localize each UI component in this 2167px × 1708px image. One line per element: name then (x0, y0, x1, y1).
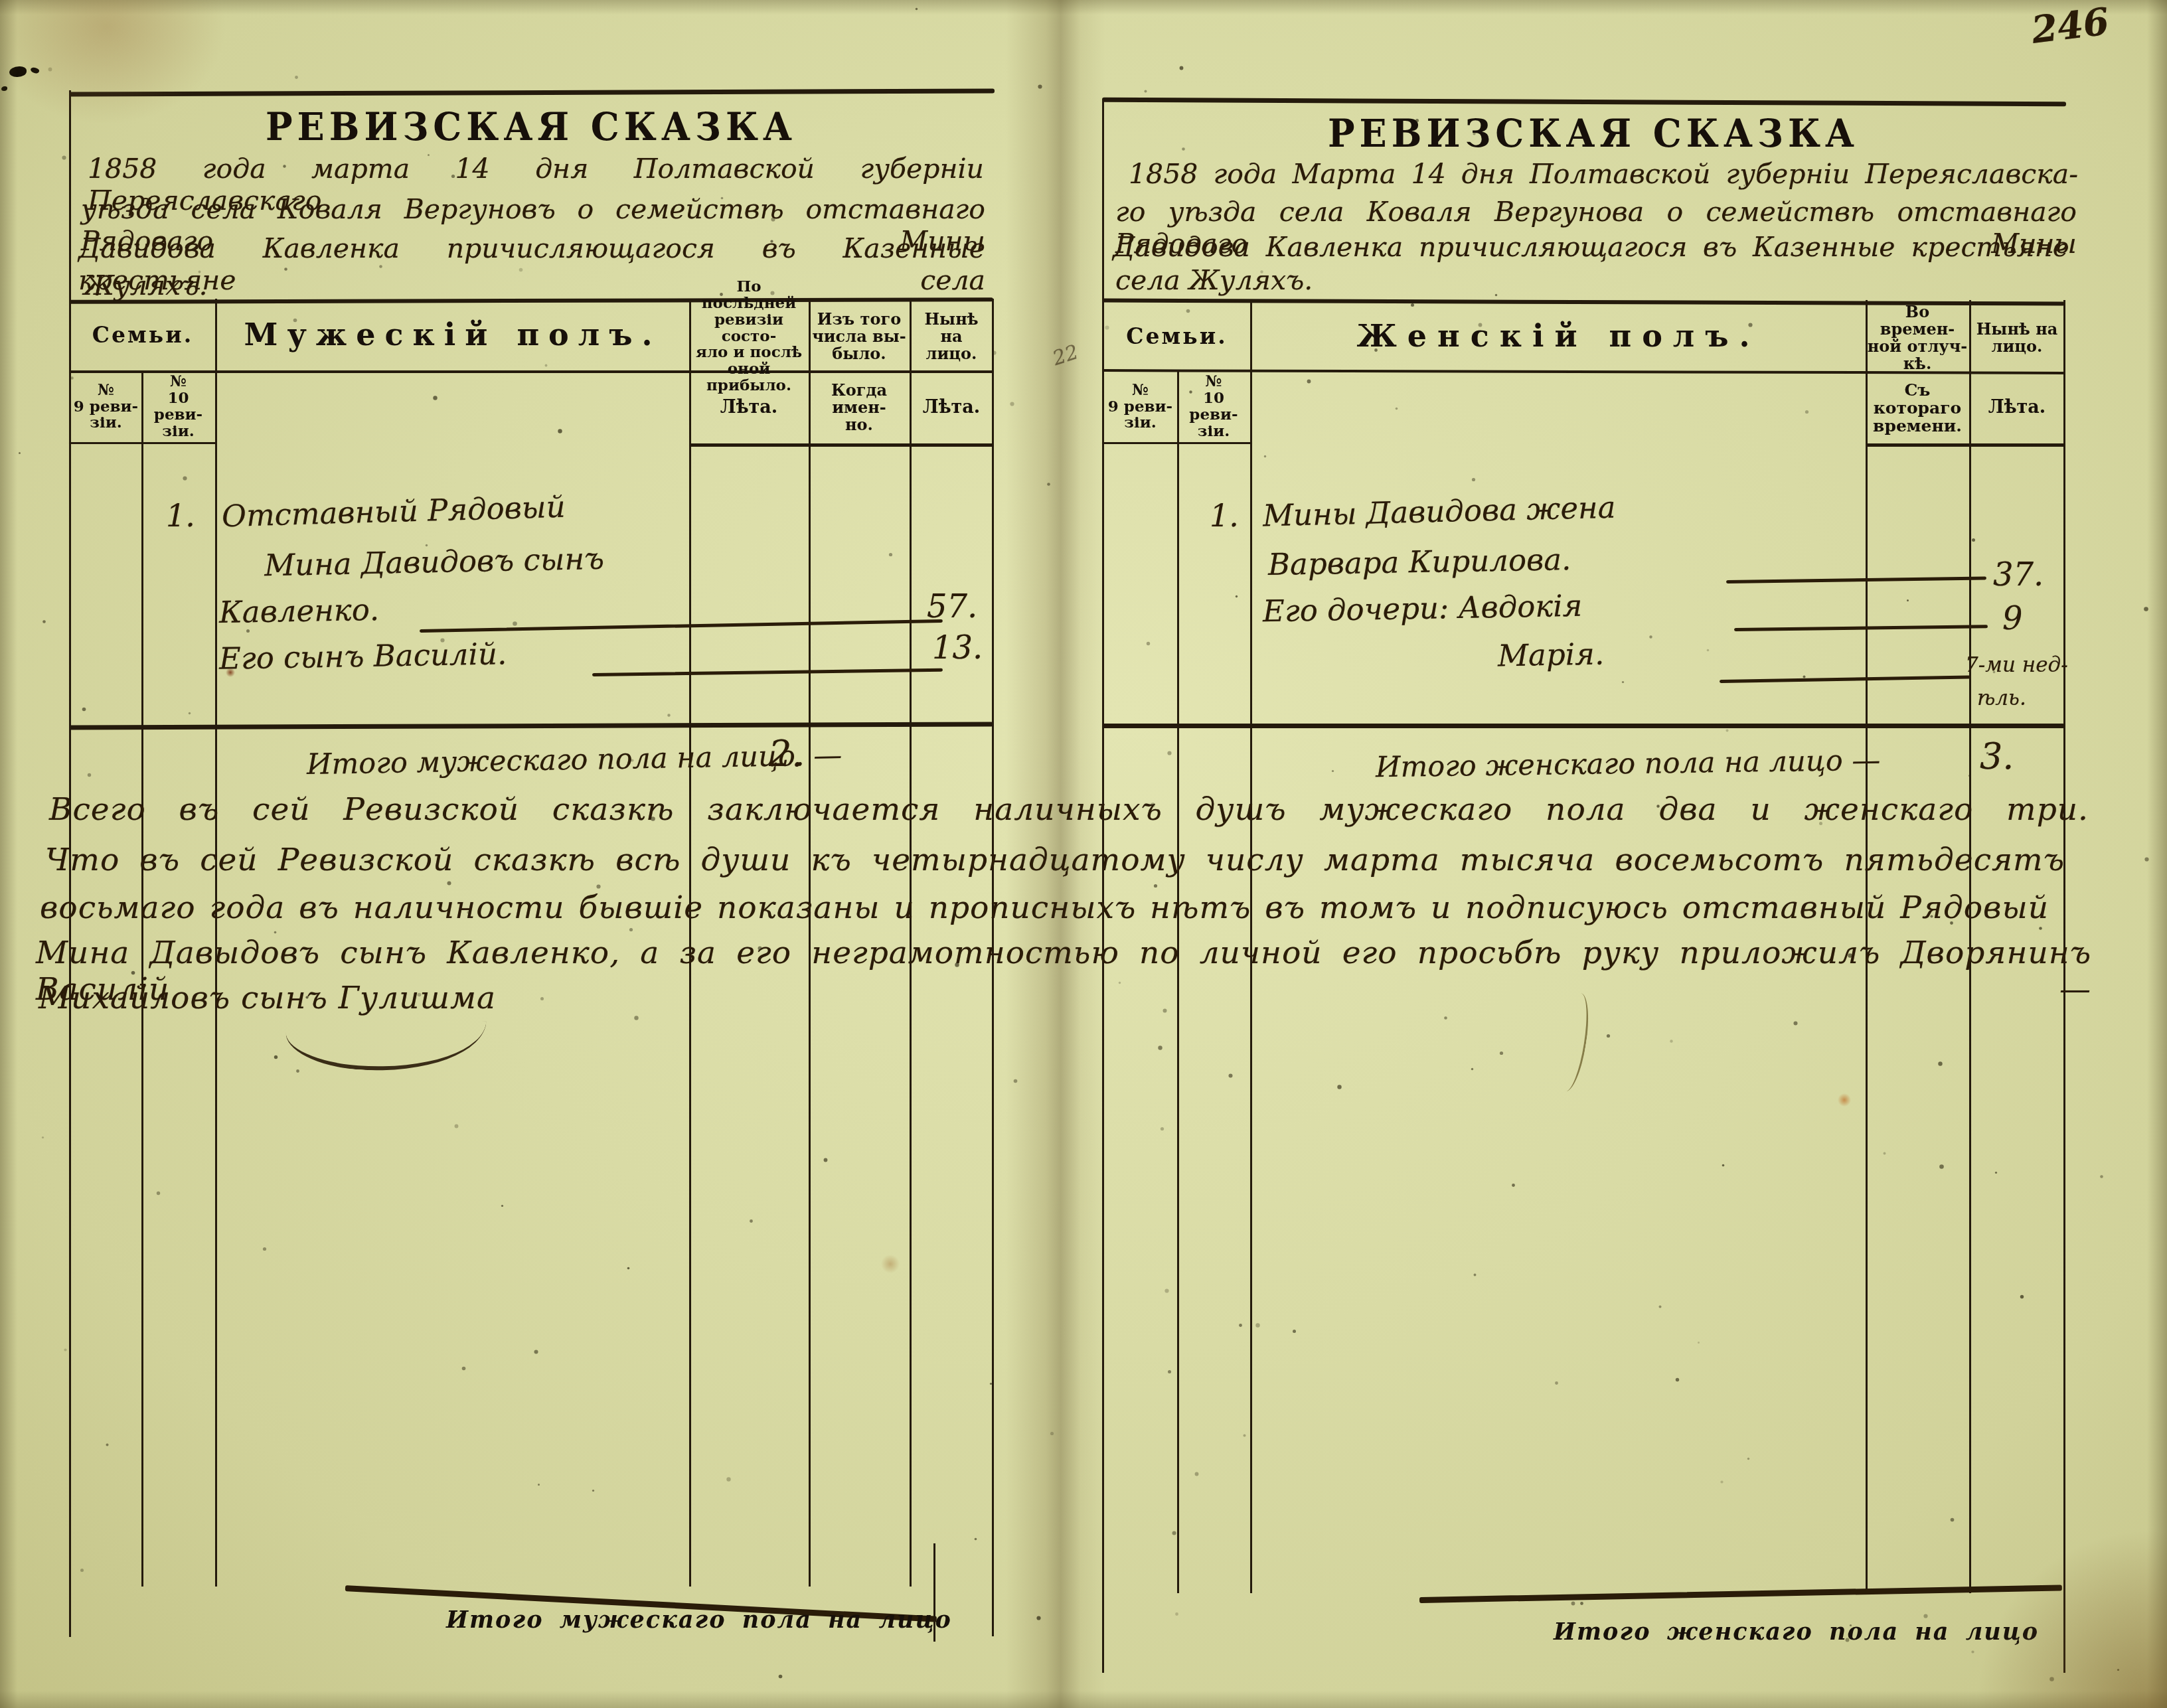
right-absence-sub-header-line: времени. (1873, 417, 1962, 435)
right-header-script-line: села Жуляхъ. (1115, 264, 1313, 296)
right-rev9-header-line: № (1132, 382, 1149, 399)
male-row-name-line: Его сынъ Василій. (219, 636, 507, 676)
left-page-title: РЕВИЗСКАЯ СКАЗКА (219, 103, 843, 149)
left-rev9-header-line: 9 реви- (74, 399, 138, 416)
right-page-title: РЕВИЗСКАЯ СКАЗКА (1281, 110, 1905, 155)
right-header-script-line: 1858 года Марта 14 дня Полтавской губерн… (1129, 158, 2078, 190)
female-row-age: 37. (1993, 556, 2044, 593)
male-total-value: 2. (769, 733, 803, 775)
right-col-absence-header-line: Во времен- (1867, 303, 1968, 338)
right-table-subheader-line-right (1866, 443, 2065, 447)
female-row-age-line: 7-ми нед- (1965, 653, 2068, 677)
male-total-label: Итого мужескаго пола на лицо. — (307, 739, 843, 781)
right-col-absence-header-line: кѣ. (1903, 355, 1932, 372)
left-rev9-header-line: зіи. (90, 415, 121, 431)
row-dash-stroke (1720, 675, 1970, 683)
row-dash-stroke (1726, 577, 1986, 583)
attestation-line: Всего въ сей Ревизской сказкѣ заключаетс… (49, 791, 2089, 828)
left-table-subheader-line-right (689, 443, 993, 447)
left-col-departed-header-line: Изъ того (817, 311, 901, 328)
right-col-absence-header-line: ной отлуч- (1868, 338, 1967, 355)
female-row-age-line: ѣль. (1977, 686, 2026, 710)
male-row-name-line: Мина Давидовъ сынъ (264, 541, 605, 583)
left-rev9-header-line: № (98, 382, 114, 399)
right-col-family-header: Семьи. (1103, 302, 1250, 370)
left-col-lastrev-header-line: яло и послѣ (696, 345, 802, 361)
female-total-value: 3. (1980, 736, 2014, 777)
female-row-name-line: Варвара Кирилова. (1268, 542, 1571, 582)
left-present-sub-header: Лѣта. (911, 372, 992, 443)
left-col-present-header-line: лицо. (926, 345, 977, 362)
right-absence-sub-header-line: Съ котораго (1867, 381, 1968, 417)
male-row-name-line: Отставный Рядовый (221, 489, 566, 534)
row-dash-stroke (1734, 625, 1988, 631)
attestation-signature: Михайловъ сынъ Гулишма (39, 980, 496, 1016)
ink-blot (30, 66, 40, 75)
left-col-lastrev-header-line: ревизіи состо- (690, 312, 807, 345)
left-col-departed-header-line: было. (832, 345, 886, 362)
folio-number: 246 (2029, 0, 2111, 52)
female-row-name-line: Мины Давидова жена (1262, 490, 1616, 534)
ink-blot (9, 66, 27, 77)
left-header-script-line: Давидова Кавленка причисляющагося въ Каз… (78, 232, 985, 296)
left-departed-sub-header-line: Когда имен- (810, 382, 908, 416)
female-row-age: 9 (2002, 600, 2023, 637)
male-row-age: 13. (932, 629, 983, 666)
document-scan: 246 22 РЕВИЗСКАЯ СКАЗКА 1858 года марта … (0, 0, 2167, 1708)
female-total-label: Итого женскаго пола на лицо — (1376, 744, 1881, 785)
row-dash-stroke (592, 668, 943, 676)
right-footer-label: Итого женскаго пола на лицо (1554, 1618, 2039, 1646)
left-page-top-border (69, 89, 995, 97)
female-row-family-no: 1. (1210, 498, 1239, 534)
male-row-family-no: 1. (166, 498, 195, 534)
attestation-line: восьмаго года въ наличности бывшіе показ… (40, 890, 2049, 926)
left-summary-line (69, 722, 993, 730)
right-rev9-header-line: 9 реви- (1108, 399, 1172, 416)
right-rev9-header-line: зіи. (1124, 415, 1156, 431)
male-row-name-line: Кавленко. (219, 592, 380, 630)
female-row-name-line: Марія. (1498, 637, 1605, 674)
row-dash-stroke (420, 619, 943, 633)
left-col-family-header: Семьи. (70, 300, 215, 370)
right-rev10-header-line: № (1206, 374, 1222, 390)
left-header-script-line: Жуляхъ. (84, 270, 208, 301)
right-rev10-header-line: 10 реви- (1177, 390, 1250, 424)
right-col-present-header-line: Нынѣ на (1976, 321, 2058, 338)
female-row-name-line: Его дочери: Авдокія (1263, 588, 1583, 629)
right-summary-line (1102, 724, 2065, 728)
left-col-present-header-line: Нынѣ на (911, 311, 992, 345)
left-departed-sub-header-line: но. (845, 416, 873, 433)
ink-blot (1, 86, 7, 91)
left-col-male-header: Мужескій полъ. (216, 300, 689, 370)
right-present-sub-header: Лѣта. (1970, 372, 2063, 443)
paper-speckles (0, 0, 2, 2)
left-rev10-header-line: 10 реви- (141, 390, 215, 424)
left-rev10-header-line: зіи. (162, 424, 194, 440)
right-rev10-header-line: зіи. (1198, 424, 1230, 440)
right-col-female-header: Женскій полъ. (1251, 302, 1866, 370)
right-header-script-line: Давидова Кавленка причисляющагося въ Каз… (1113, 231, 2069, 263)
signature-flourish (283, 1008, 486, 1079)
attestation-line: Что въ сей Ревизской сказкѣ всѣ души къ … (45, 842, 2065, 878)
left-lastrev-sub-header: Лѣта. (690, 372, 807, 443)
right-col-present-header-line: лицо. (1992, 338, 2043, 355)
left-footer-label: Итого мужескаго пола на лицо (446, 1606, 952, 1634)
male-row-age: 57. (927, 588, 977, 625)
right-footer-rule (1419, 1585, 2062, 1603)
left-rev10-header-line: № (170, 374, 187, 390)
left-col-departed-header-line: числа вы- (812, 328, 906, 345)
right-page-top-border (1102, 98, 2066, 106)
left-col-lastrev-header-line: По послѣдней (690, 279, 807, 312)
